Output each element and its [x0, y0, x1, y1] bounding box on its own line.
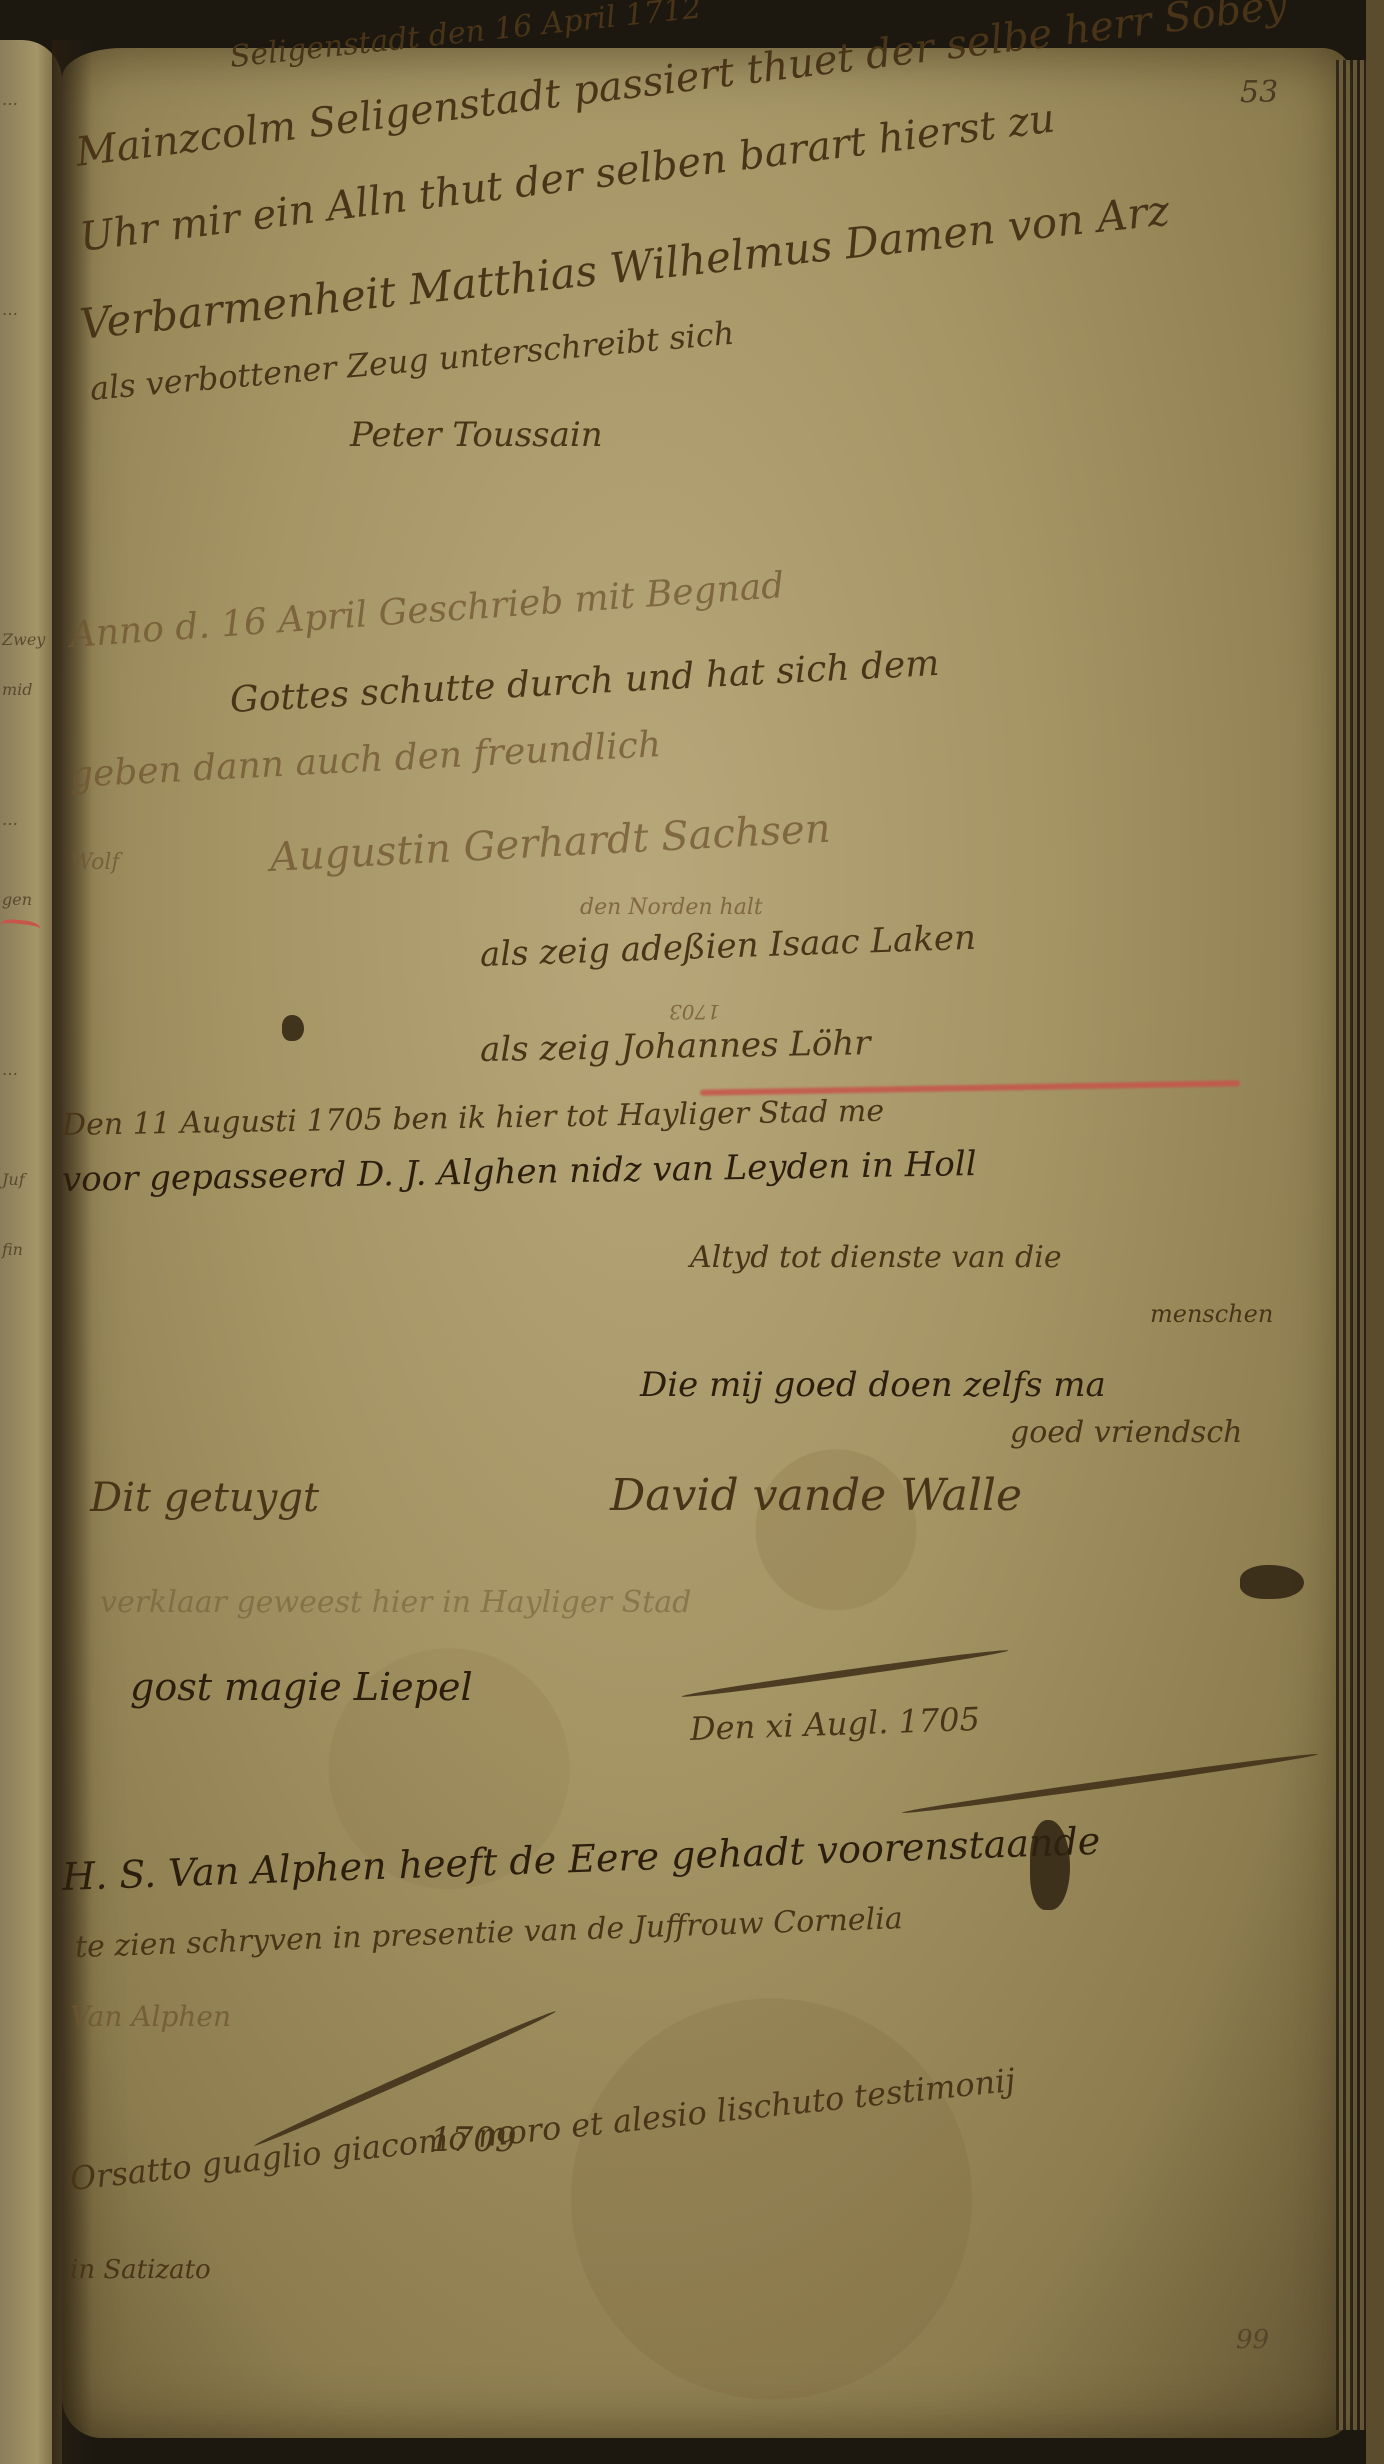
entry-line: menschen [1150, 1300, 1273, 1328]
manuscript-scan: … … Zwey mid … gen … Juf fin 53 99 Selig… [0, 0, 1384, 2464]
left-margin-text: … [2, 90, 18, 109]
entry-signature: David vande Walle [610, 1470, 1022, 1521]
entry-line: den Norden halt [580, 895, 763, 920]
left-margin-text: … [2, 810, 18, 829]
left-margin-text: Juf [2, 1170, 25, 1189]
page-number-bottom: 99 [1236, 2325, 1269, 2355]
left-margin-text: … [2, 300, 18, 319]
faint-line: verklaar geweest hier in Hayliger Stad [100, 1585, 691, 1620]
page-stack-edges [1336, 60, 1366, 2430]
witness-line: Dit getuygt [90, 1475, 319, 1521]
ink-blot [1240, 1565, 1304, 1599]
page-number-top: 53 [1240, 75, 1278, 110]
left-margin-text: Zwey [2, 630, 45, 649]
entry-line: gost magie Liepel [130, 1665, 473, 1709]
right-book-edge [1366, 0, 1384, 2464]
ink-blot [1030, 1820, 1070, 1910]
left-margin-text: … [2, 1060, 18, 1079]
book-gutter-shadow [52, 40, 92, 2464]
left-margin-text: mid [2, 680, 33, 699]
margin-note: Wolf [70, 850, 120, 875]
left-margin-text: gen [2, 890, 32, 909]
entry-line: Altyd tot dienste van die [690, 1240, 1062, 1275]
entry-line: goed vriendsch [1010, 1415, 1242, 1450]
entry-line: in Satizato [70, 2255, 211, 2285]
entry-line: Van Alphen [70, 2000, 231, 2033]
ink-blot [282, 1015, 304, 1041]
entry-signature: Peter Toussain [350, 415, 603, 455]
year-note: 1703 [669, 1000, 720, 1024]
red-pencil-mark [0, 918, 41, 938]
left-margin-text: fin [2, 1240, 23, 1259]
entry-line: als zeig Johannes Löhr [480, 1023, 871, 1070]
entry-line: Die mij goed doen zelfs ma [640, 1365, 1106, 1405]
